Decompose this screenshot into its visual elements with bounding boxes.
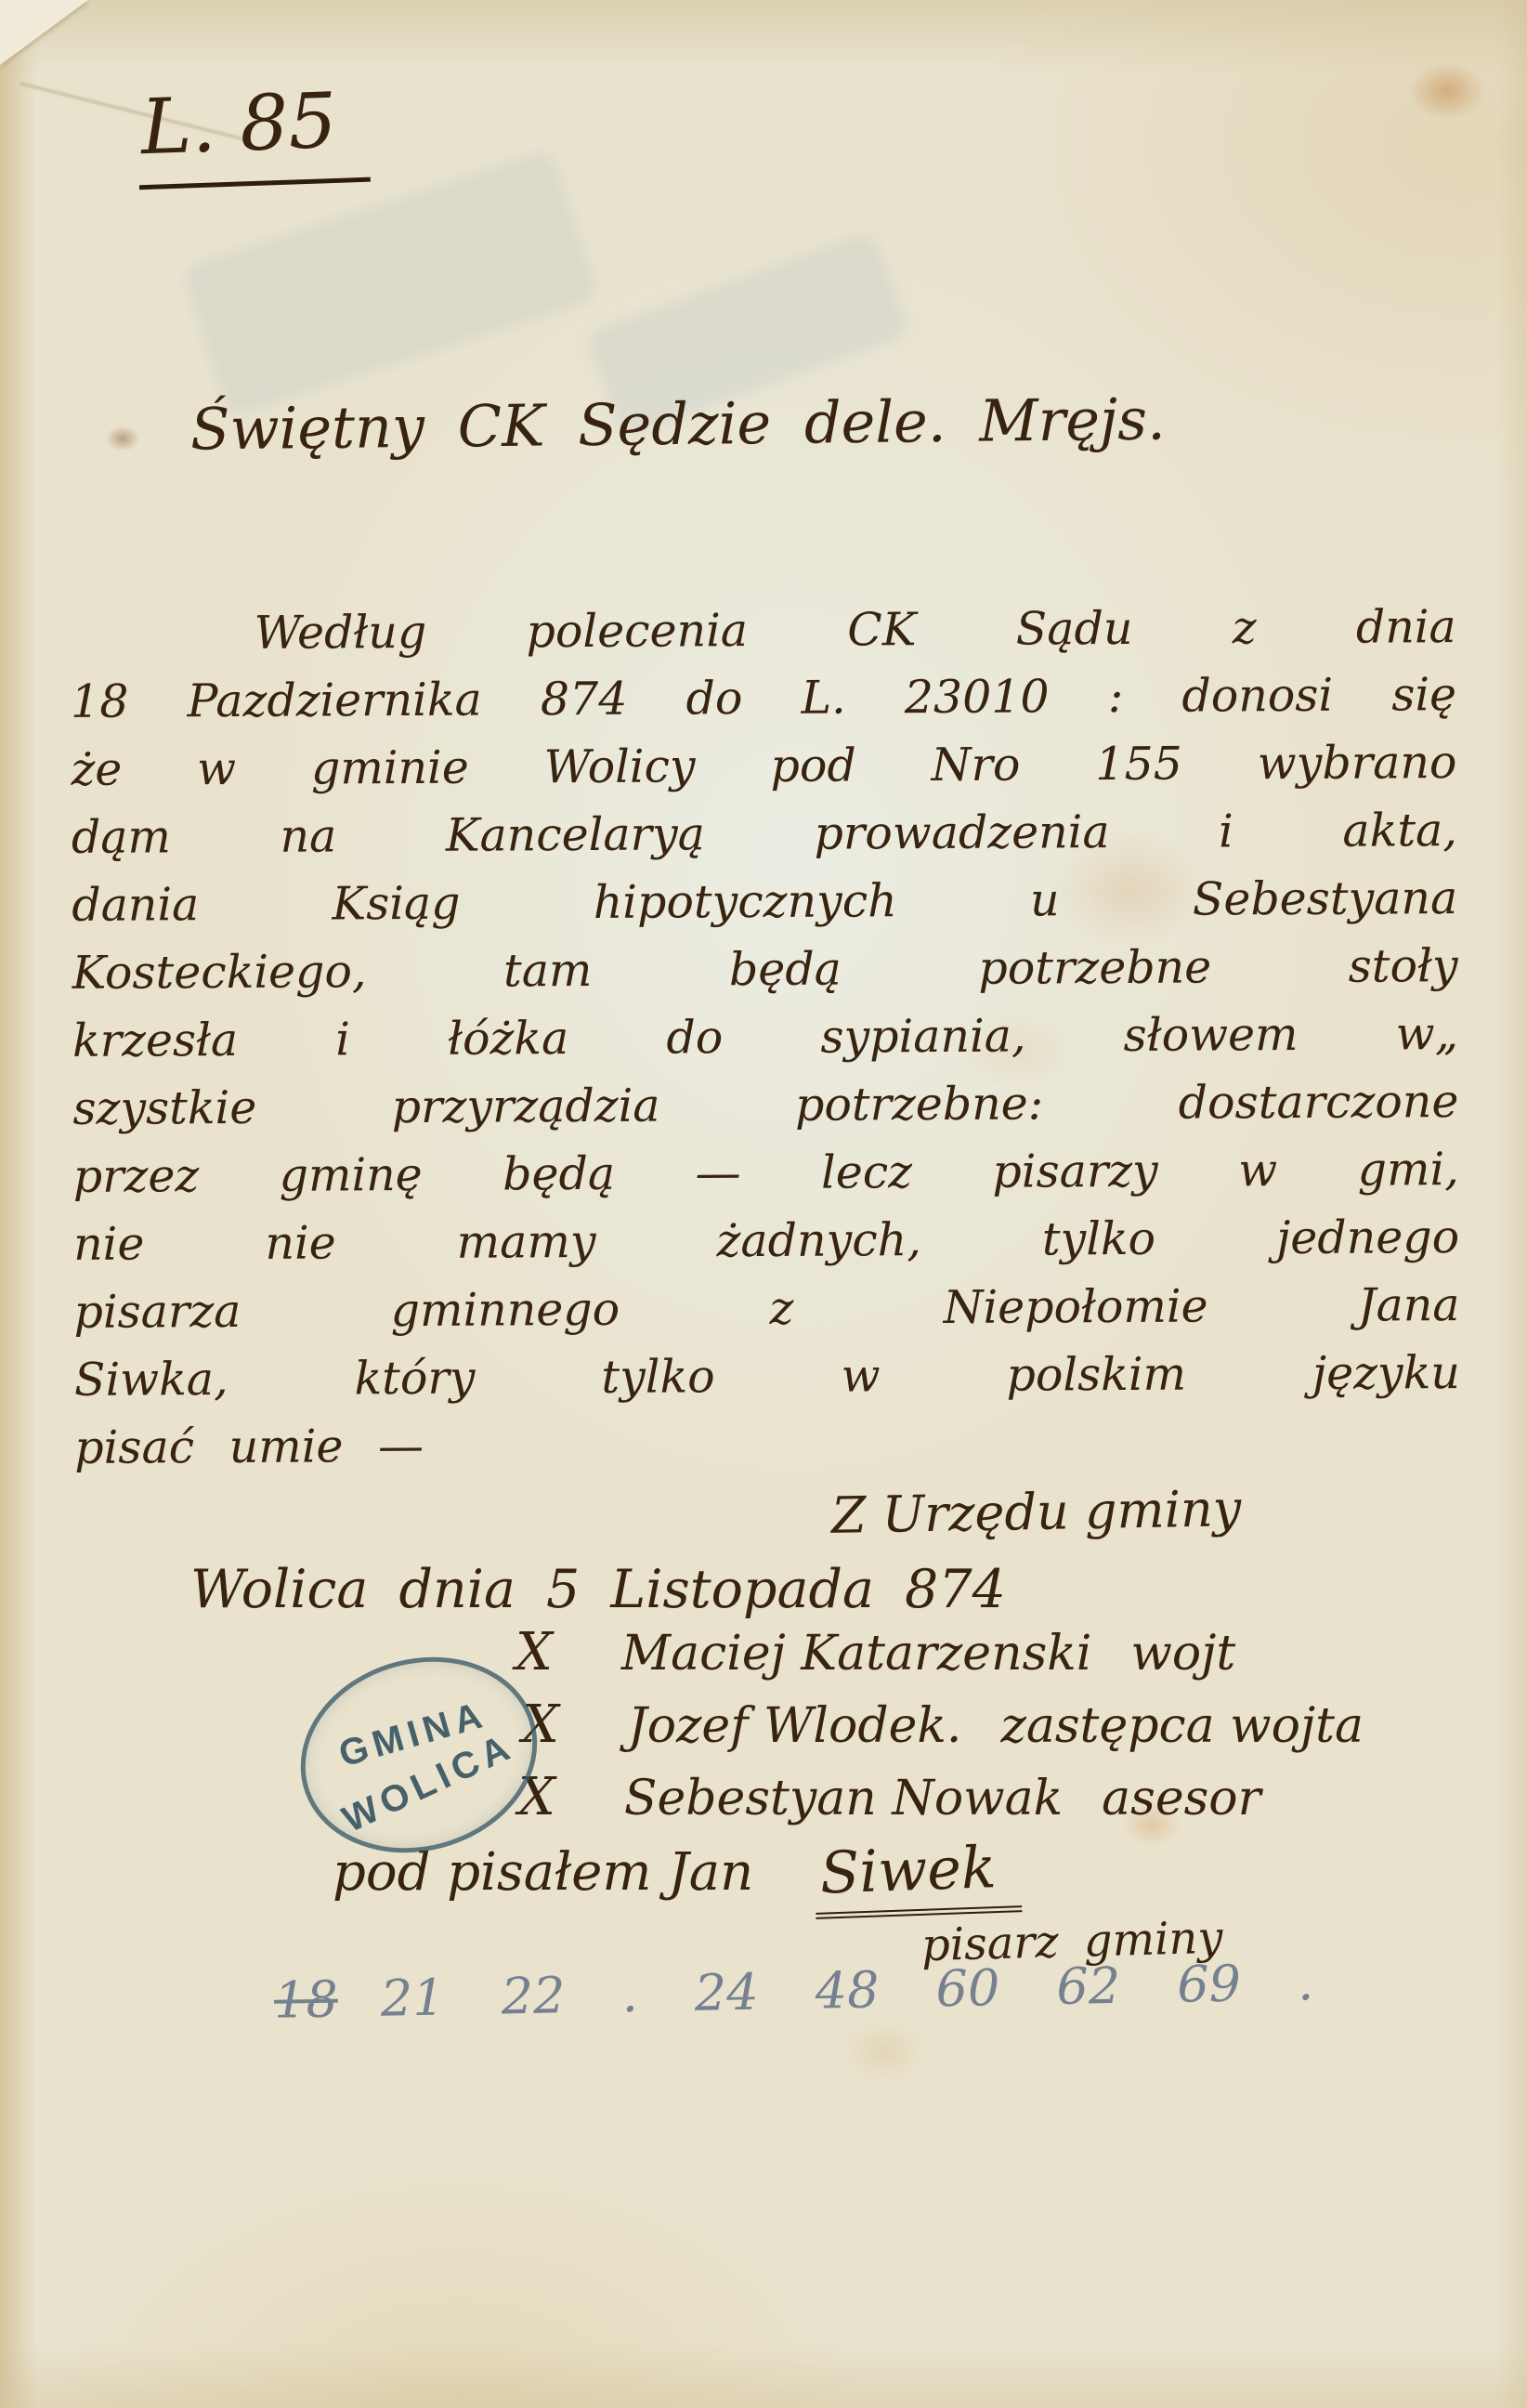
signatory-title: asesor [1102,1771,1260,1826]
body-line: dania Ksiąg hipotycznych u Sebestyana [72,864,1457,939]
signature-row: XJozef Wlodek.zastępca wojta [522,1695,1364,1755]
pencil-number-struck: 18 [274,1970,339,2030]
body-line: że w gminie Wolicy pod Nro 155 wybrano [71,728,1456,804]
salutation-line: Świętny CK Sędzie dele. Mręjs. [190,386,1166,464]
signatory-name: Sebestyan Nowak [624,1771,1063,1826]
body-line: krzesła i łóżka do sypiania, słowem w„ [72,1000,1458,1075]
signatory-title: wojt [1130,1626,1235,1682]
place-date-line: Wolica dnia 5 Listopada 874 [190,1559,1006,1620]
clerk-surname: Siwek [814,1832,1023,1919]
signatory-name: Jozef Wlodek. [628,1698,962,1754]
body-line: pisarza gminnego z Niepołomie Jana [73,1271,1459,1346]
body-line: nie nie mamy żadnych, tylko jednego [73,1203,1459,1278]
signatory-title: zastępca wojta [1000,1698,1364,1754]
signature-row: XMaciej Katarzenskiwojt [516,1622,1235,1682]
body-line: przez gminę będą — lecz pisarzy w gmi, [73,1135,1459,1211]
body-line: szystkie przyrządzia potrzebne: dostarcz… [72,1067,1458,1143]
corner-fold [0,0,88,65]
pencil-page-numbers: 1821 22 . 24 48 60 62 69 . [274,1953,1314,2030]
document-page: L. 85 Świętny CK Sędzie dele. Mręjs. Wed… [0,0,1527,2408]
reference-number: L. 85 [136,76,371,190]
signatory-name: Maciej Katarzenski [621,1626,1092,1682]
body-line: 18 Pazdziernika 874 do L. 23010 : donosi… [71,661,1456,736]
signature-row: XSebestyan Nowakasesor [518,1767,1260,1827]
letter-body: Według polecenia CK Sądu z dnia 18 Pazdz… [71,593,1461,1482]
body-line: Siwka, który tylko w polskim języku [74,1339,1460,1414]
ink-showthrough [180,148,600,418]
pencil-number-sequence: 21 22 . 24 48 60 62 69 . [380,1953,1314,2028]
body-line: Kosteckiego, tam będą potrzebne stoły [72,932,1457,1007]
body-line: Według polecenia CK Sądu z dnia [71,593,1456,668]
body-line: dąm na Kancelaryą prowadzenia i akta, [72,796,1457,871]
closing-office-line: Z Urzędu gminy [830,1479,1241,1545]
body-line: pisać umie — [74,1407,1460,1482]
signature-cross-mark: X [516,1622,553,1682]
